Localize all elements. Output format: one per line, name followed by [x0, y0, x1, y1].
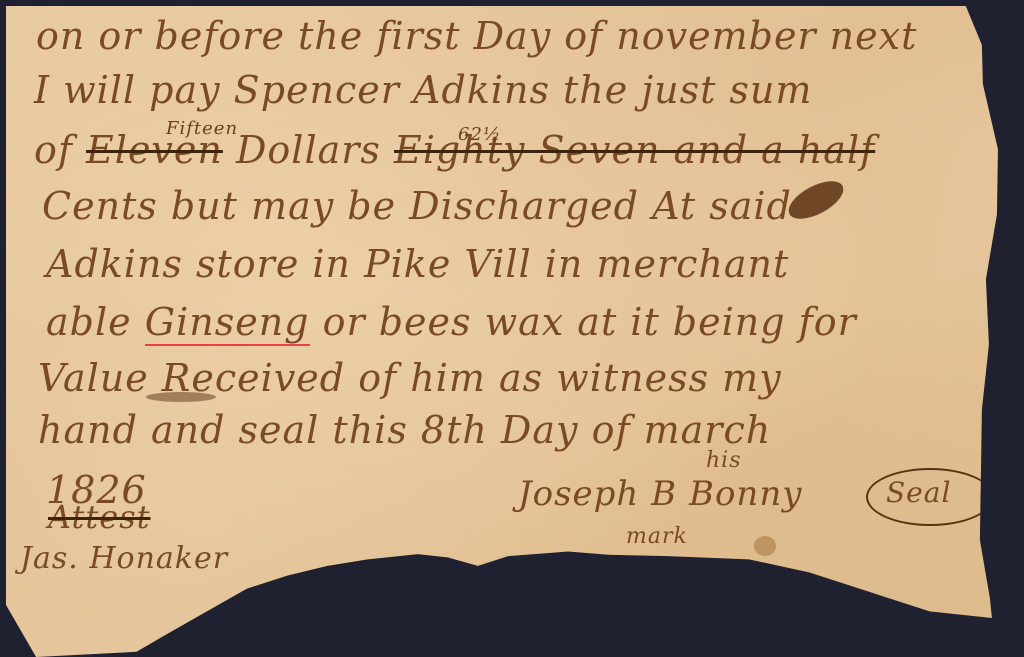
stain-spot	[754, 536, 776, 556]
line-2: I will pay Spencer Adkins the just sum	[34, 68, 812, 112]
line-7: Value Received of him as witness my	[38, 356, 782, 400]
ink-blot	[783, 174, 849, 227]
inserted-amount: Fifteen	[166, 118, 238, 139]
ginseng-word: Ginseng	[145, 300, 310, 346]
signer-signature: Joseph B Bonny	[518, 474, 802, 514]
attest-label: Attest	[48, 498, 150, 536]
line-3: of Eleven Dollars Eighty Seven and a hal…	[34, 128, 875, 172]
line-4: Cents but may be Discharged At said	[42, 184, 792, 228]
line-6-rest: or bees wax at it being for	[323, 300, 857, 344]
ink-smudge	[146, 392, 216, 402]
scan-background: on or before the first Day of november n…	[0, 0, 1024, 657]
signer-first-name: Joseph	[518, 474, 639, 514]
cents-amount: 62½	[458, 124, 501, 145]
line-3-prefix: of	[34, 128, 73, 172]
line-5: Adkins store in Pike Vill in merchant	[46, 242, 789, 286]
line-8: hand and seal this 8th Day of march	[38, 408, 771, 452]
witness-signature: Jas. Honaker	[20, 541, 228, 576]
his-label: his	[706, 448, 742, 473]
dollars-word: Dollars	[236, 128, 381, 172]
document-paper: on or before the first Day of november n…	[6, 6, 1010, 657]
mark-label: mark	[626, 524, 688, 549]
seal-text: Seal	[886, 476, 951, 509]
line-6: able Ginseng or bees wax at it being for	[46, 300, 857, 344]
signer-mark: B	[651, 474, 677, 514]
signer-last-name: Bonny	[689, 474, 802, 514]
line-1: on or before the first Day of november n…	[36, 14, 917, 58]
line-6-prefix: able	[46, 300, 132, 344]
